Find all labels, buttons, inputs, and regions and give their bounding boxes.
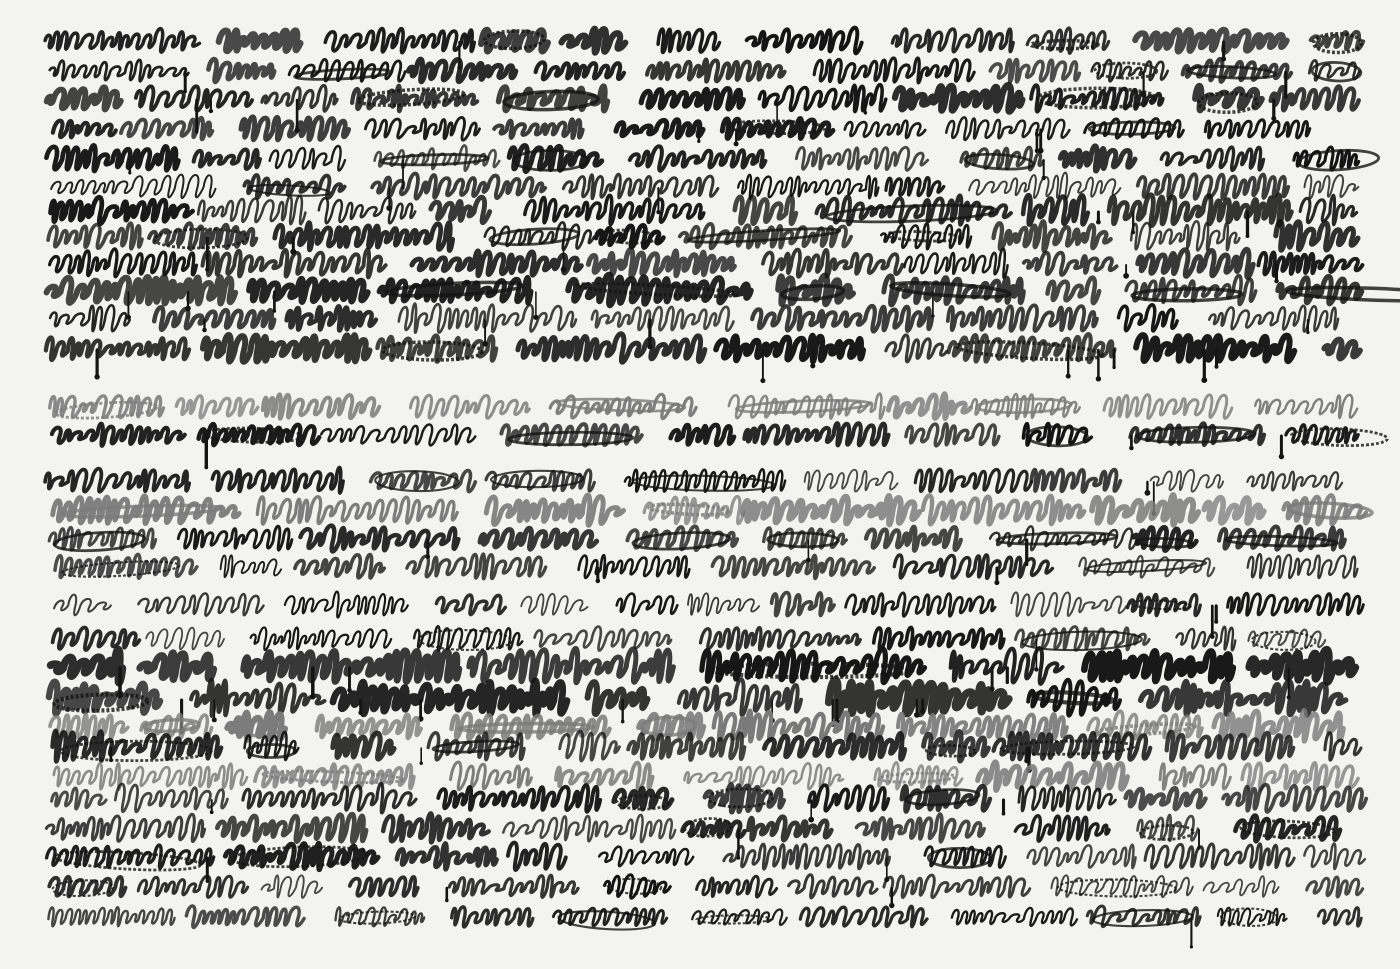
scribble-stroke: [241, 117, 349, 140]
ink-drip-drop: [697, 140, 700, 143]
scribble-stroke: [325, 29, 474, 53]
scribble-stroke: [684, 763, 843, 789]
ink-drip-drop: [420, 762, 423, 765]
scribble-stroke: [255, 764, 414, 789]
scribble-stroke: [55, 554, 197, 578]
scribble-stroke: [115, 784, 227, 812]
scribble-stroke: [1249, 650, 1355, 683]
scribble-stroke: [809, 785, 889, 811]
ink-drip-drop: [808, 817, 814, 823]
ink-drip-drop: [1306, 331, 1309, 334]
ink-drip-drop: [1145, 490, 1151, 496]
scribble-stroke: [1015, 816, 1109, 842]
ink-drip-drop: [1274, 279, 1278, 283]
scribble-stroke: [203, 335, 370, 362]
scribble-stroke: [857, 814, 985, 842]
scribble-stroke: [46, 814, 204, 841]
scribble-stroke: [410, 395, 529, 418]
ink-drip-drop: [445, 899, 449, 903]
scribble-stroke: [697, 876, 777, 897]
scribble-stroke: [845, 121, 925, 138]
scribble-stroke: [1011, 592, 1126, 616]
scribble-stroke: [219, 30, 301, 51]
scribble-stroke: [969, 173, 1120, 200]
scribble-stroke: [262, 85, 337, 111]
scribble-row: [48, 906, 1361, 949]
scribble-stroke: [588, 682, 648, 714]
scribble-stroke: [399, 304, 576, 333]
scribble-stroke: [47, 277, 236, 304]
scribble-stroke: [895, 85, 1022, 112]
ink-drip-drop: [204, 466, 208, 470]
scribble-row: [53, 117, 1310, 154]
ink-drip-drop: [760, 378, 765, 383]
scribble-stroke: [1248, 554, 1358, 578]
scribble-stroke: [1028, 845, 1136, 868]
scribble-stroke: [763, 249, 903, 276]
scribble-stroke: [365, 117, 479, 140]
scribble-stroke: [599, 847, 693, 867]
scribble-stroke: [535, 627, 672, 651]
scribble-stroke: [881, 223, 971, 249]
scribble-stroke: [1255, 395, 1357, 418]
ink-drip-drop: [1214, 620, 1218, 624]
ink-drip-drop: [358, 710, 363, 715]
scribble-canvas: [0, 0, 1400, 969]
scribble-stroke: [617, 594, 678, 616]
scribble-stroke: [383, 813, 489, 842]
scribble-stroke: [52, 424, 185, 446]
ink-drip-drop: [1279, 454, 1284, 459]
ink-drip-drop: [1129, 446, 1134, 451]
scribble-stroke: [688, 593, 759, 615]
scribble-stroke: [800, 906, 927, 926]
ink-drip-drop: [1096, 220, 1101, 225]
ink-drip-drop: [1006, 681, 1009, 684]
scribble-stroke: [333, 733, 394, 759]
scribble-stroke: [333, 681, 567, 715]
scribble-stroke: [888, 394, 970, 419]
scribble-stroke: [121, 118, 212, 140]
scribble-stroke: [47, 845, 214, 868]
scribble-stroke: [658, 29, 719, 52]
scribble-stroke: [1084, 651, 1233, 681]
scribble-stroke: [1300, 195, 1357, 224]
scribble-stroke: [518, 334, 705, 363]
scribble-stroke: [994, 221, 1111, 251]
scribble-stroke: [1135, 30, 1287, 52]
scribble-stroke: [596, 225, 663, 247]
scribble-stroke: [630, 146, 766, 170]
ink-drip-drop: [1066, 374, 1071, 379]
ink-drip-drop: [994, 580, 999, 585]
ink-drip-drop: [864, 111, 867, 114]
scribble-stroke: [186, 906, 304, 927]
scribble-stroke: [154, 307, 274, 329]
scribble-stroke: [744, 423, 888, 445]
ink-drip-drop: [109, 759, 113, 763]
scribble-stroke: [1104, 395, 1232, 419]
scribble-stroke: [671, 425, 735, 445]
scribble-stroke: [1284, 495, 1366, 524]
scribble-stroke: [990, 60, 1079, 82]
scribble-stroke: [525, 195, 704, 224]
scribble-stroke: [257, 497, 457, 524]
scribble-stroke: [438, 785, 600, 812]
scribble-stroke: [1205, 120, 1310, 138]
scribble-stroke: [50, 305, 130, 331]
scribble-stroke: [948, 305, 1097, 331]
scribble-stroke: [1031, 470, 1120, 492]
scribble-stroke: [408, 59, 515, 81]
scribble-stroke: [886, 178, 944, 196]
scribble-stroke: [372, 173, 545, 198]
scribble-stroke: [743, 496, 919, 525]
ink-drip-drop: [94, 374, 99, 379]
scribble-stroke: [1131, 221, 1239, 250]
scribble-stroke: [747, 28, 862, 54]
ink-drip-drop: [1201, 377, 1207, 383]
ink-drip-drop: [1024, 758, 1029, 763]
scribble-row: [49, 875, 1362, 908]
scribble-row: [55, 554, 1358, 585]
ink-drip-drop: [920, 709, 925, 714]
scribble-stroke: [716, 336, 863, 362]
scribble-stroke: [317, 715, 421, 738]
scribble-stroke: [138, 876, 248, 897]
scribble-stroke: [48, 223, 142, 249]
scribble-stroke: [51, 197, 193, 224]
scribble-stroke: [915, 469, 1031, 492]
scribble-stroke: [764, 733, 904, 759]
scribble-stroke: [191, 680, 324, 716]
scribble-stroke: [923, 495, 1085, 524]
scribble-stroke: [952, 908, 1077, 926]
scribble-stroke: [1161, 147, 1263, 170]
scribble-stroke: [994, 733, 1151, 761]
scribble-stroke: [1126, 788, 1206, 809]
scribble-stroke: [249, 279, 367, 302]
scribble-stroke: [45, 469, 189, 492]
scribble-stroke: [892, 29, 1013, 52]
scribble-row: [50, 394, 1358, 421]
scribble-stroke: [1145, 844, 1294, 869]
scribble-stroke: [679, 679, 801, 715]
ink-drip-drop: [621, 720, 625, 724]
scribble-stroke: [194, 150, 260, 169]
scribble-stroke: [480, 528, 596, 549]
scribble-stroke: [641, 89, 743, 109]
scribble-stroke: [712, 555, 874, 578]
scribble-stroke: [796, 147, 927, 170]
scribble-stroke: [263, 394, 380, 419]
scribble-stroke: [748, 817, 831, 840]
scribble-stroke: [616, 120, 703, 138]
scribble-stroke: [1092, 495, 1198, 525]
scribble-stroke: [1023, 195, 1088, 225]
scribble-stroke: [759, 85, 886, 112]
scribble-stroke: [738, 175, 878, 199]
scribble-stroke: [449, 875, 578, 897]
scribble-row: [47, 843, 1365, 883]
scribble-stroke: [805, 470, 898, 492]
ink-drip-drop: [1096, 376, 1101, 381]
ink-drip-drop: [1215, 365, 1219, 369]
ink-drip-drop: [889, 903, 894, 908]
scribble-stroke: [300, 526, 458, 552]
scribble-stroke: [1160, 764, 1230, 790]
scribble-stroke: [138, 593, 263, 615]
scribble-stroke: [846, 593, 996, 617]
scribble-stroke: [295, 555, 384, 578]
scribble-stroke: [212, 467, 343, 492]
scribble-stroke: [592, 307, 734, 331]
scribble-row: [52, 423, 1388, 469]
scribble-stroke: [866, 527, 961, 551]
scribble-stroke: [772, 593, 835, 616]
scribble-stroke: [221, 555, 282, 577]
scribble-stroke: [886, 335, 947, 362]
scribble-stroke: [560, 731, 620, 761]
asemic-writing-artwork: [0, 0, 1400, 969]
scribble-stroke: [176, 396, 258, 418]
scribble-stroke: [1307, 877, 1363, 897]
scribble-stroke: [562, 29, 626, 53]
scribble-stroke: [1271, 87, 1359, 111]
scribble-stroke: [469, 648, 674, 682]
scribble-stroke: [136, 86, 252, 111]
ink-drip-drop: [202, 328, 207, 333]
scribble-stroke: [1060, 146, 1135, 171]
scribble-stroke: [508, 843, 566, 870]
scribble-stroke: [287, 306, 376, 330]
scribble-stroke: [563, 174, 718, 198]
ink-drip-drop: [734, 141, 739, 146]
scribble-stroke: [46, 338, 189, 361]
scribble-stroke: [906, 424, 999, 446]
scribble-stroke: [53, 121, 116, 138]
scribble-stroke: [579, 555, 690, 578]
scribble-stroke: [452, 907, 533, 927]
ink-drip-drop: [1034, 667, 1038, 671]
scribble-stroke: [203, 249, 386, 277]
scribble-stroke: [735, 197, 796, 224]
scribble-stroke: [1204, 498, 1264, 523]
scribble-stroke: [45, 29, 199, 52]
scribble-stroke: [412, 251, 581, 276]
scribble-stroke: [752, 306, 932, 331]
scribble-stroke: [149, 223, 256, 249]
scribble-stroke: [198, 196, 305, 225]
scribble-stroke: [53, 628, 140, 651]
scribble-stroke: [47, 87, 121, 109]
scribble-stroke: [436, 595, 505, 614]
scribble-stroke: [874, 627, 1004, 650]
scribble-stroke: [243, 783, 416, 812]
scribble-stroke: [146, 628, 224, 650]
ink-drip-drop: [1190, 945, 1193, 948]
scribble-stroke: [521, 594, 587, 615]
scribble-stroke: [1276, 222, 1358, 251]
scribble-stroke: [701, 628, 861, 650]
scribble-row: [46, 334, 1360, 383]
scribble-stroke: [946, 117, 1069, 140]
scribble-row: [54, 762, 1358, 790]
scribble-stroke: [51, 175, 215, 199]
ink-drip-drop: [128, 171, 131, 174]
ink-drip-drop: [1002, 812, 1006, 816]
ink-drip-drop: [209, 109, 213, 113]
scribble-stroke: [209, 59, 275, 82]
scribble-stroke: [1209, 306, 1338, 332]
scribble-stroke: [414, 626, 522, 650]
scribble-stroke: [556, 763, 653, 791]
ink-drip-drop: [1246, 234, 1250, 238]
scribble-stroke: [724, 844, 890, 869]
scribble-stroke: [1141, 682, 1346, 716]
scribble-stroke: [140, 653, 214, 680]
scribble-row: [53, 495, 1373, 525]
scribble-stroke: [894, 555, 1052, 579]
scribble-stroke: [1223, 785, 1366, 812]
scribble-stroke: [407, 554, 546, 579]
scribble-stroke: [243, 651, 459, 682]
scribble-stroke: [1138, 249, 1254, 277]
scribble-stroke: [1119, 305, 1178, 331]
ink-drip-drop: [596, 579, 601, 584]
ink-drip-drop: [1112, 366, 1115, 369]
scribble-stroke: [217, 814, 366, 842]
ink-drip-drop: [210, 810, 214, 814]
scribble-stroke: [50, 396, 164, 418]
scribble-stroke: [54, 595, 111, 616]
scribble-stroke: [884, 875, 1030, 898]
scribble-stroke: [270, 146, 345, 171]
scribble-stroke: [904, 249, 1007, 278]
scribble-stroke: [647, 59, 785, 81]
scribble-stroke: [50, 249, 197, 277]
scribble-stroke: [536, 62, 624, 79]
scribble-stroke: [829, 680, 1009, 716]
scribble-stroke: [1151, 470, 1224, 492]
scribble-stroke: [1204, 876, 1279, 897]
scribble-stroke: [46, 145, 178, 171]
scribble-stroke: [628, 733, 744, 760]
scribble-stroke: [451, 762, 532, 790]
scribble-stroke: [52, 788, 107, 809]
scribble-stroke: [1048, 278, 1100, 303]
scribble-stroke: [285, 592, 408, 618]
ink-drip-drop: [212, 717, 217, 722]
scribble-stroke: [1324, 340, 1360, 359]
scribble-stroke: [1024, 253, 1117, 275]
scribble-stroke: [1305, 175, 1359, 198]
scribble-row: [50, 710, 1343, 741]
scribble-stroke: [54, 763, 247, 790]
scribble-stroke: [814, 58, 974, 83]
scribble-stroke: [486, 495, 623, 525]
scribble-stroke: [319, 197, 415, 223]
scribble-stroke: [1318, 908, 1361, 927]
scribble-stroke: [275, 223, 453, 251]
ink-drip-drop: [810, 363, 815, 368]
scribble-stroke: [789, 875, 878, 898]
scribble-stroke: [50, 60, 189, 81]
ink-drip-drop: [1123, 273, 1129, 279]
scribble-stroke: [350, 877, 418, 896]
scribble-stroke: [1258, 252, 1362, 275]
scribble-stroke: [178, 526, 292, 550]
scribble-stroke: [1176, 627, 1235, 651]
scribble-stroke: [321, 425, 475, 446]
scribble-stroke: [1304, 844, 1365, 869]
scribble-stroke: [1247, 472, 1342, 491]
scribble-stroke: [51, 650, 123, 683]
scribble-row: [50, 249, 1363, 284]
scribble-stroke: [1242, 763, 1358, 790]
scribble-stroke: [251, 627, 392, 650]
ink-drip-drop: [206, 880, 209, 883]
scribble-stroke: [397, 843, 497, 869]
ink-drip-drop: [914, 712, 920, 718]
scribble-stroke: [262, 875, 323, 898]
scribble-stroke: [431, 197, 490, 222]
scribble-stroke: [48, 907, 174, 926]
scribble-stroke: [494, 119, 583, 138]
scribble-stroke: [1228, 593, 1364, 615]
scribble-stroke: [503, 815, 675, 842]
